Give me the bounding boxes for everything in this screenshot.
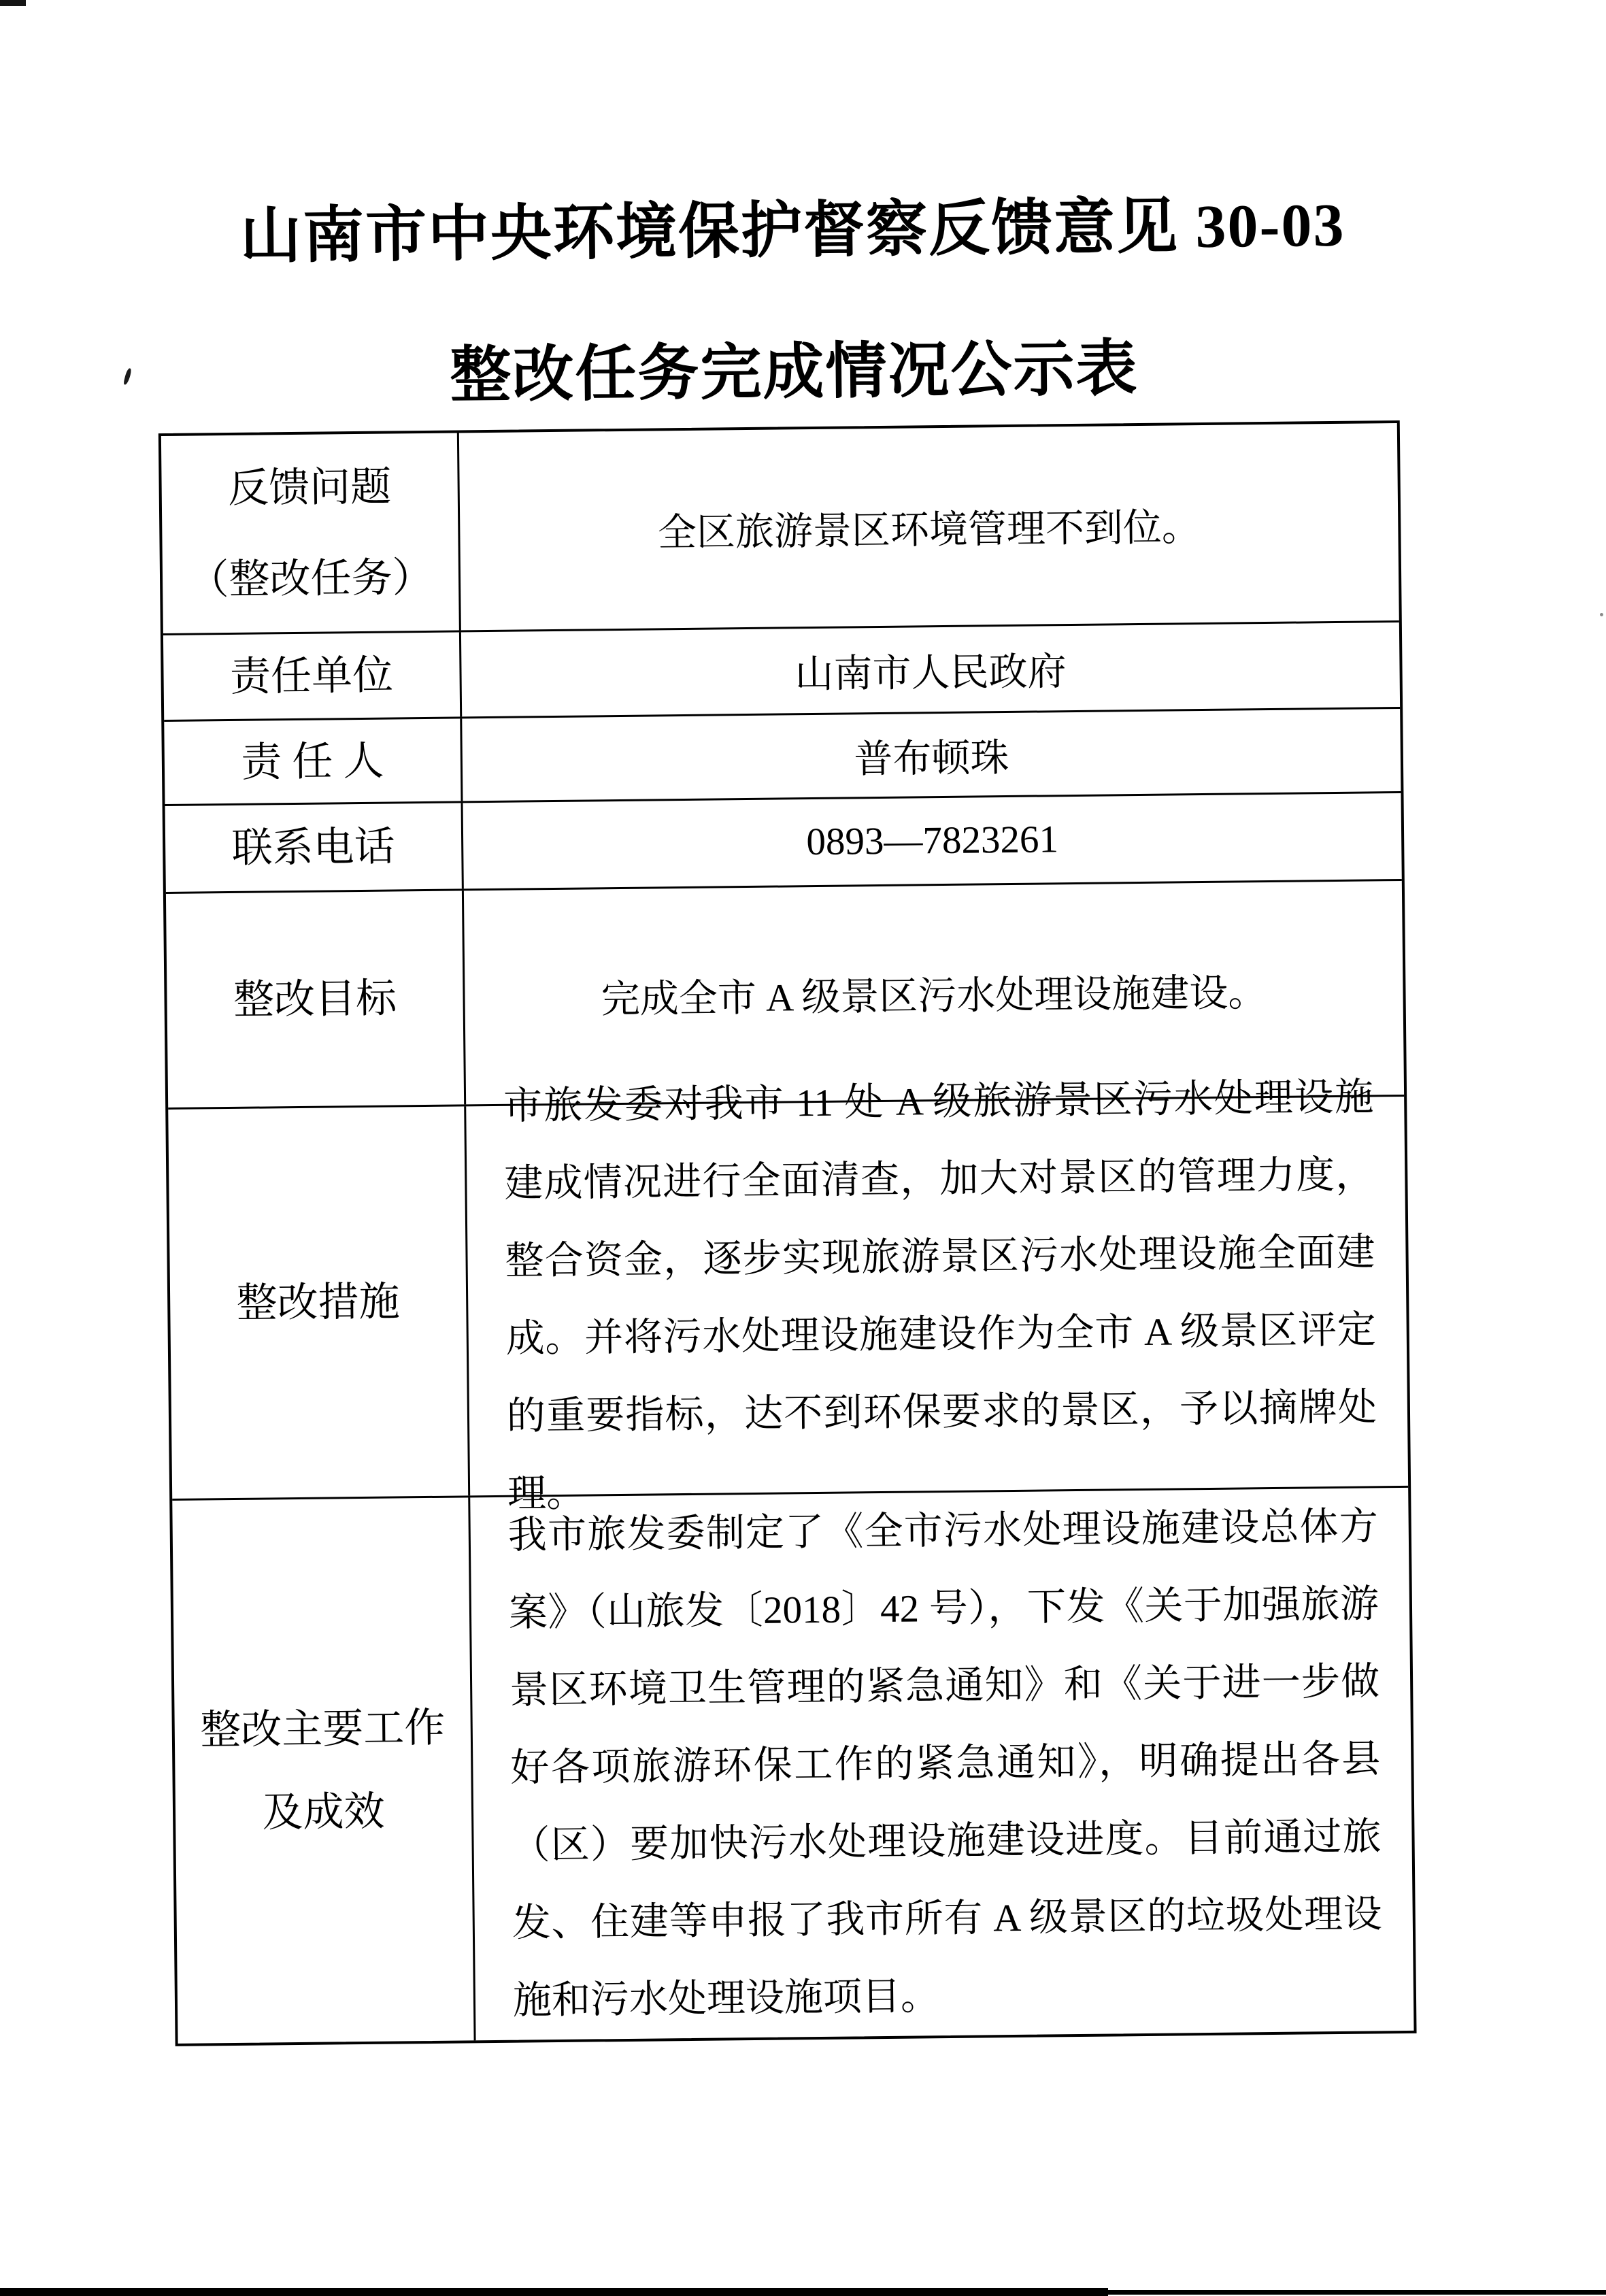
scan-artifact-bottom-edge-left <box>0 2288 1108 2296</box>
table-row-rectification-measures: 整改措施 市旅发委对我市 11 处 A 级旅游景区污水处理设施建成情况进行全面清… <box>168 1097 1408 1501</box>
title-line-2: 整改任务完成情况公示表 <box>450 335 1139 410</box>
row-label-main-work-results: 整改主要工作 及成效 <box>172 1497 475 2044</box>
row-label-rectification-goal: 整改目标 <box>166 891 466 1108</box>
table-row-responsible-person: 责 任 人 普布顿珠 <box>164 709 1401 806</box>
row-value-rectification-measures: 市旅发委对我市 11 处 A 级旅游景区污水处理设施建成情况进行全面清查，加大对… <box>466 1097 1408 1495</box>
title-line-1: 山南市中央环境保护督察反馈意见 30-03 <box>240 192 1345 271</box>
row-value-contact-phone: 0893—7823261 <box>463 793 1402 888</box>
scan-artifact-dot <box>1600 613 1603 616</box>
row-label-responsible-unit: 责任单位 <box>163 633 462 720</box>
rectification-measures-paragraph: 市旅发委对我市 11 处 A 级旅游景区污水处理设施建成情况进行全面清查，加大对… <box>503 1059 1378 1533</box>
table-row-responsible-unit: 责任单位 山南市人民政府 <box>163 622 1400 722</box>
row-value-feedback-problem: 全区旅游景区环境管理不到位。 <box>459 423 1399 631</box>
row-value-responsible-unit: 山南市人民政府 <box>461 622 1400 716</box>
scan-artifact-bottom-edge-right <box>1100 2290 1606 2295</box>
row-label-contact-phone: 联系电话 <box>165 803 464 891</box>
row-value-responsible-person: 普布顿珠 <box>462 709 1401 801</box>
row-label-rectification-measures: 整改措施 <box>168 1106 470 1499</box>
table-row-feedback-problem: 反馈问题 （整改任务） 全区旅游景区环境管理不到位。 <box>161 423 1399 635</box>
table-row-main-work-results: 整改主要工作 及成效 我市旅发委制定了《全市污水处理设施建设总体方案》（山旅发〔… <box>172 1488 1413 2044</box>
rectification-status-table: 反馈问题 （整改任务） 全区旅游景区环境管理不到位。 责任单位 山南市人民政府 … <box>158 420 1417 2046</box>
main-work-results-paragraph: 我市旅发委制定了《全市污水处理设施建设总体方案》（山旅发〔2018〕42 号），… <box>507 1488 1383 2040</box>
row-label-feedback-problem: 反馈问题 （整改任务） <box>161 433 461 633</box>
row-value-main-work-results: 我市旅发委制定了《全市污水处理设施建设总体方案》（山旅发〔2018〕42 号），… <box>470 1488 1413 2040</box>
table-row-contact-phone: 联系电话 0893—7823261 <box>165 793 1402 894</box>
scan-content: 山南市中央环境保护督察反馈意见 30-03 整改任务完成情况公示表 反馈问题 （… <box>0 0 1606 2296</box>
scan-artifact-top-left-mark <box>0 0 26 6</box>
document-title: 山南市中央环境保护督察反馈意见 30-03 整改任务完成情况公示表 <box>0 188 1597 417</box>
row-label-responsible-person: 责 任 人 <box>164 719 463 804</box>
